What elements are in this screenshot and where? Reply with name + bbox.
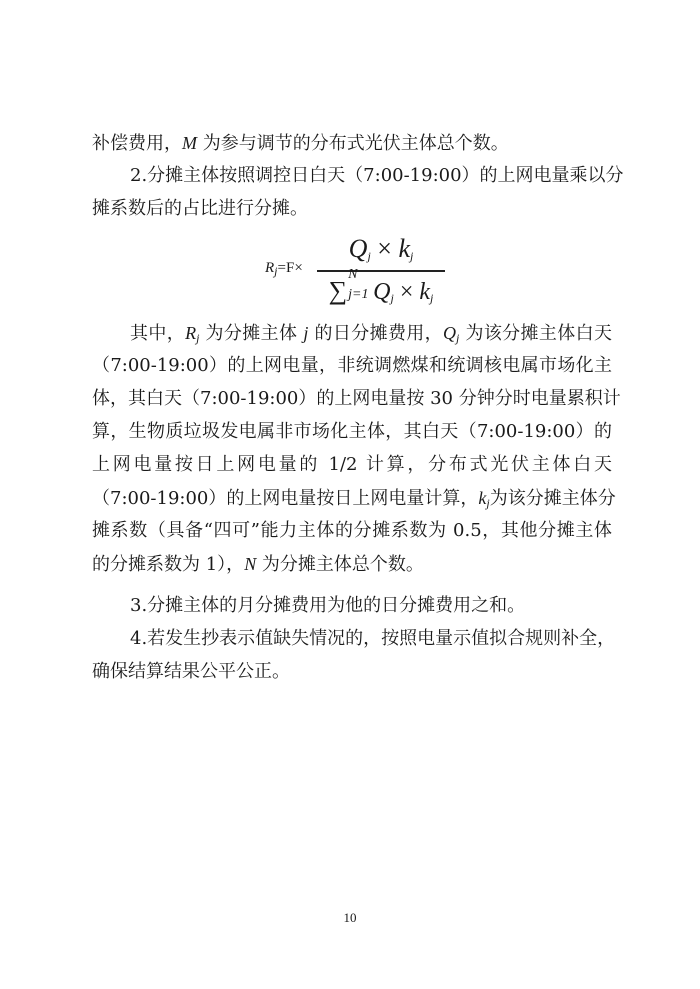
var-k: k [398, 234, 410, 263]
formula-denominator: ∑Nj=1Qj × kj [317, 276, 445, 306]
text: 为分摊主体总个数。 [256, 554, 424, 575]
paragraph-3-line-3: 体，其白天（7:00-19:00）的上网电量按 30 分钟分时电量累积计 [92, 386, 612, 412]
var-R: R [185, 323, 196, 343]
paragraph-5-line-2: 确保结算结果公平公正。 [92, 659, 612, 685]
var-N: N [244, 554, 256, 574]
paragraph-3-line-8: 的分摊系数为 1），N 为分摊主体总个数。 [92, 551, 612, 577]
text: 为该分摊主体分 [490, 488, 616, 509]
paragraph-3-line-2: （7:00-19:00）的上网电量，非统调燃煤和统调核电属市场化主 [92, 353, 612, 379]
sigma-symbol: ∑ [329, 276, 348, 305]
paragraph-3-line-5: 上网电量按日上网电量的 1/2 计算，分布式光伏主体白天 [92, 452, 612, 478]
paragraph-5-line-1: 4.若发生抄表示值缺失情况的，按照电量示值拟合规则补全， [130, 626, 612, 652]
sum-upper: N [348, 267, 357, 283]
var-k: k [419, 279, 430, 305]
equals-F-times: =F× [278, 260, 303, 276]
text: 补偿费用， [92, 133, 182, 154]
text: 为参与调节的分布式光伏主体总个数。 [197, 133, 509, 154]
var-Q: Q [373, 279, 390, 305]
formula-lhs: Rj=F× [265, 260, 303, 277]
allocation-formula: Rj=F× Qj × kj ∑Nj=1Qj × kj [265, 232, 455, 314]
var-Q: Q [443, 323, 456, 343]
page-number: 10 [0, 910, 700, 926]
text: 为该分摊主体白天 [459, 323, 612, 344]
sum-lower: j=1 [348, 287, 368, 303]
sum-limits: Nj=1 [347, 289, 373, 299]
text: 其中， [130, 323, 185, 344]
text: （7:00-19:00）的上网电量按日上网电量计算， [92, 488, 478, 509]
paragraph-4-line-1: 3.分摊主体的月分摊费用为他的日分摊费用之和。 [130, 593, 612, 619]
paragraph-2-line-1: 2.分摊主体按照调控日白天（7:00-19:00）的上网电量乘以分 [130, 163, 612, 189]
formula-numerator: Qj × kj [317, 234, 445, 264]
paragraph-2-line-2: 摊系数后的占比进行分摊。 [92, 196, 612, 222]
times-sign: × [394, 279, 420, 305]
fraction-bar [317, 270, 445, 272]
paragraph-3-line-4: 算，生物质垃圾发电属非市场化主体，其白天（7:00-19:00）的 [92, 419, 612, 445]
text: 为分摊主体 [199, 323, 303, 344]
sub-j: j [410, 249, 413, 263]
times-sign: × [371, 234, 399, 263]
paragraph-3-line-1: 其中，Rj 为分摊主体 j 的日分摊费用，Qj 为该分摊主体白天 [130, 320, 612, 346]
text: 的分摊系数为 1）， [92, 554, 244, 575]
variable-M: M [182, 133, 197, 153]
paragraph-3-line-7: 摊系数（具备“四可”能力主体的分摊系数为 0.5，其他分摊主体 [92, 518, 612, 544]
paragraph-line: 补偿费用，M 为参与调节的分布式光伏主体总个数。 [92, 130, 612, 156]
text: 的日分摊费用， [308, 323, 443, 344]
var-R: R [265, 260, 274, 276]
paragraph-3-line-6: （7:00-19:00）的上网电量按日上网电量计算，kj为该分摊主体分 [92, 485, 612, 511]
sub-j: j [430, 291, 433, 305]
document-page: 补偿费用，M 为参与调节的分布式光伏主体总个数。 2.分摊主体按照调控日白天（7… [0, 0, 700, 989]
var-Q: Q [349, 234, 368, 263]
